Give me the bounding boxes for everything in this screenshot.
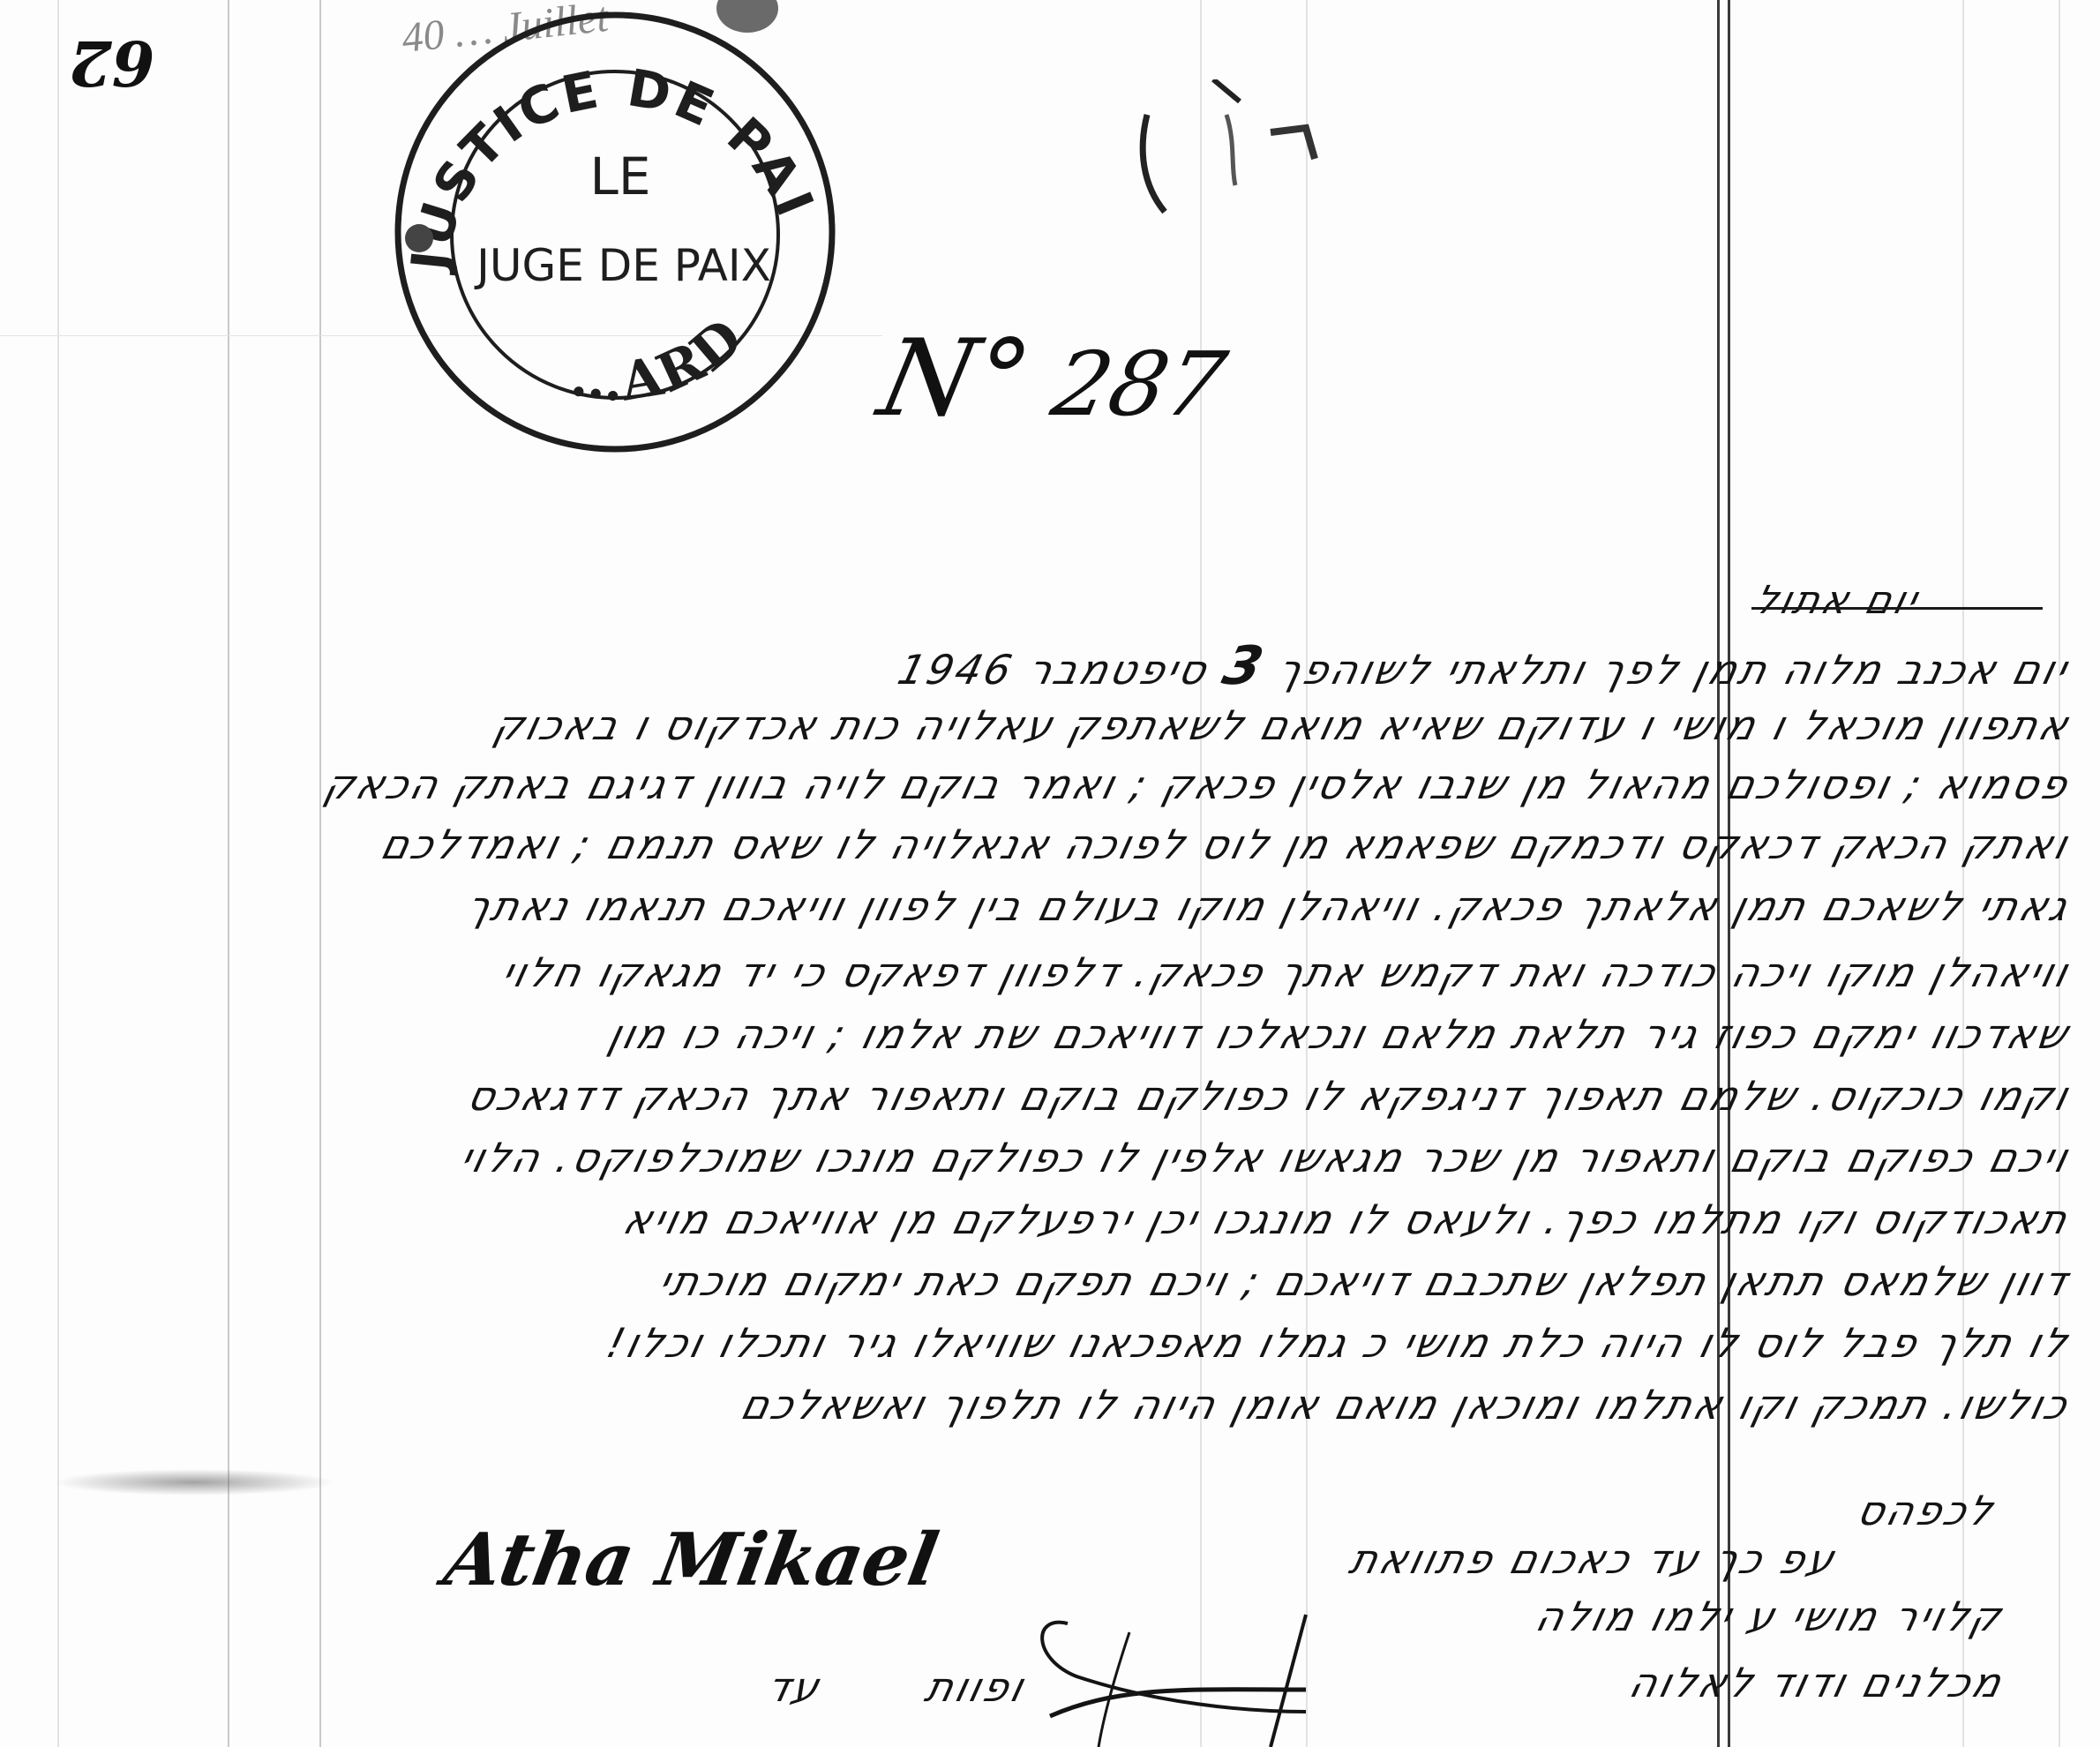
body-line: דוון שלמאס תתאן תפלאן שתכבם דויאכם ; ויכ… — [655, 1257, 2075, 1305]
signature-line-3-left: עד — [761, 1663, 826, 1711]
date-year: 1946 — [893, 646, 1019, 694]
date-day: 3 — [1217, 635, 1271, 697]
body-line: אתפוון מוכאל ו מושי ו עדוקם שאיא מואם לש… — [489, 701, 2075, 749]
body-line: פסמוא ; ופסולכם מהאול מן שנבו אלסין פכאק… — [319, 761, 2075, 808]
signature-line-3-right: מכלנים ודוד לאלוה — [1624, 1659, 2009, 1706]
ruled-line — [2059, 0, 2060, 1747]
stamp-outer-text-bottom: …ARD — [567, 305, 756, 415]
double-margin-line — [1717, 0, 1720, 1747]
strike-through — [1751, 607, 2043, 610]
body-line: גאתי לשאכם תמן אלאתך פכאק. וויאהלן מוקו … — [461, 882, 2075, 930]
margin-heading: יום אתול — [1751, 578, 1924, 623]
double-margin-line — [1728, 0, 1730, 1747]
document-number-label: N° — [869, 318, 1041, 440]
signature-line-2: קלויר מושי ע ילמו מולה — [1532, 1593, 2009, 1640]
page-number: 62 — [69, 26, 154, 100]
date-line: יום אכנב מלוה תמן לפך ותלאתי לשוהפך 3 סי… — [892, 635, 2076, 697]
stamp-inner-line1: LE — [590, 146, 651, 206]
body-line: ואתק הכאק דכאקס ודכמקם שפאמא מן לוס לפוכ… — [377, 821, 2075, 868]
svg-text:JUSTICE DE PAIX: JUSTICE DE PAIX — [393, 7, 827, 276]
ruled-line — [1306, 0, 1308, 1747]
stamp-outer-text-top: JUSTICE DE PAIX — [393, 7, 827, 276]
ruled-line — [1200, 0, 1202, 1747]
stamp-star-icon — [405, 224, 433, 252]
body-line: ויכם כפוקם בוקם ותאפור מן שכר מגאשו אלפי… — [455, 1134, 2074, 1181]
court-stamp: JUSTICE DE PAIX …ARD LE JUGE DE PAIX — [393, 7, 838, 457]
body-line: כולשו. תמכק וקו אתלמו ומוכאן מואם אומן ה… — [737, 1381, 2075, 1428]
body-line: וקמו כוכקוס. שלמם תאפוך דניגפקא לו כפולק… — [462, 1072, 2075, 1120]
date-month: סיפטמבר — [1023, 646, 1214, 694]
stamp-inner-line2: JUGE DE PAIX — [474, 240, 771, 291]
ruled-line — [1962, 0, 1964, 1747]
witness-intro: לכפהס — [1852, 1487, 2000, 1534]
faint-scribble — [1129, 79, 1359, 238]
document-number: N° 287 — [869, 318, 1237, 440]
latin-signature: Atha Mikael — [439, 1518, 944, 1602]
signature-flourish — [1015, 1579, 1456, 1747]
svg-text:…ARD: …ARD — [567, 305, 756, 415]
body-line: תאכודקוס וקו מתלמו כפך. ולעאס לו מונגכו … — [619, 1196, 2075, 1243]
document-number-value: 287 — [1044, 333, 1234, 436]
ink-smudge — [53, 1469, 335, 1496]
body-line: שאדכוו ימקם כפוז גיר תלאת מלאם ונכאלכו ד… — [604, 1010, 2074, 1058]
body-line: לו תלך פבל לוס לו היוה כלת מושי כ גמלו מ… — [603, 1319, 2075, 1367]
body-line: וויאהלן מוקו ויכה כודכה ואת דקמש אתך פכא… — [497, 948, 2075, 996]
signature-line-1: עפ כך עד כאכום פתוואת — [1345, 1535, 1841, 1583]
document-page: 62 40 … Juillet JUSTICE DE PAIX …ARD LE … — [0, 0, 2100, 1747]
date-line-text: יום אכנב מלוה תמן לפך ותלאתי לשוהפך — [1273, 646, 2074, 694]
